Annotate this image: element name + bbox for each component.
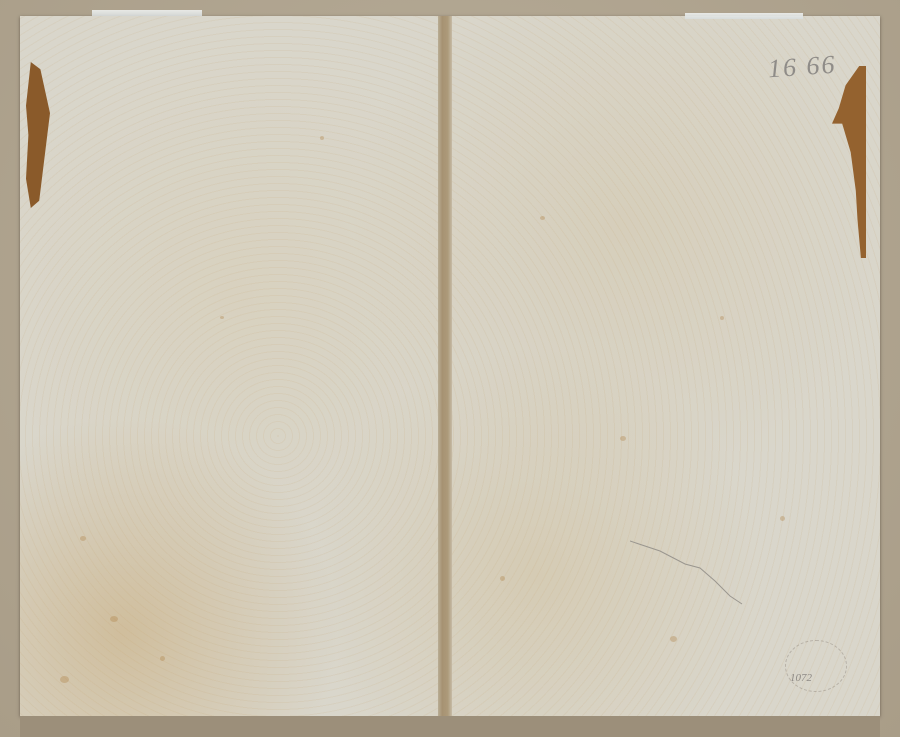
tape-strip-left	[92, 10, 202, 16]
tape-strip-right	[685, 13, 803, 19]
paper-crack	[630, 536, 750, 606]
center-fold-strip	[438, 16, 452, 716]
faint-stamp	[785, 640, 847, 692]
stamp-mark: 1072	[790, 672, 812, 684]
paper-sheet	[20, 16, 880, 716]
backing-bottom-edge	[20, 716, 880, 737]
pencil-annotation: 16 66	[767, 50, 837, 85]
